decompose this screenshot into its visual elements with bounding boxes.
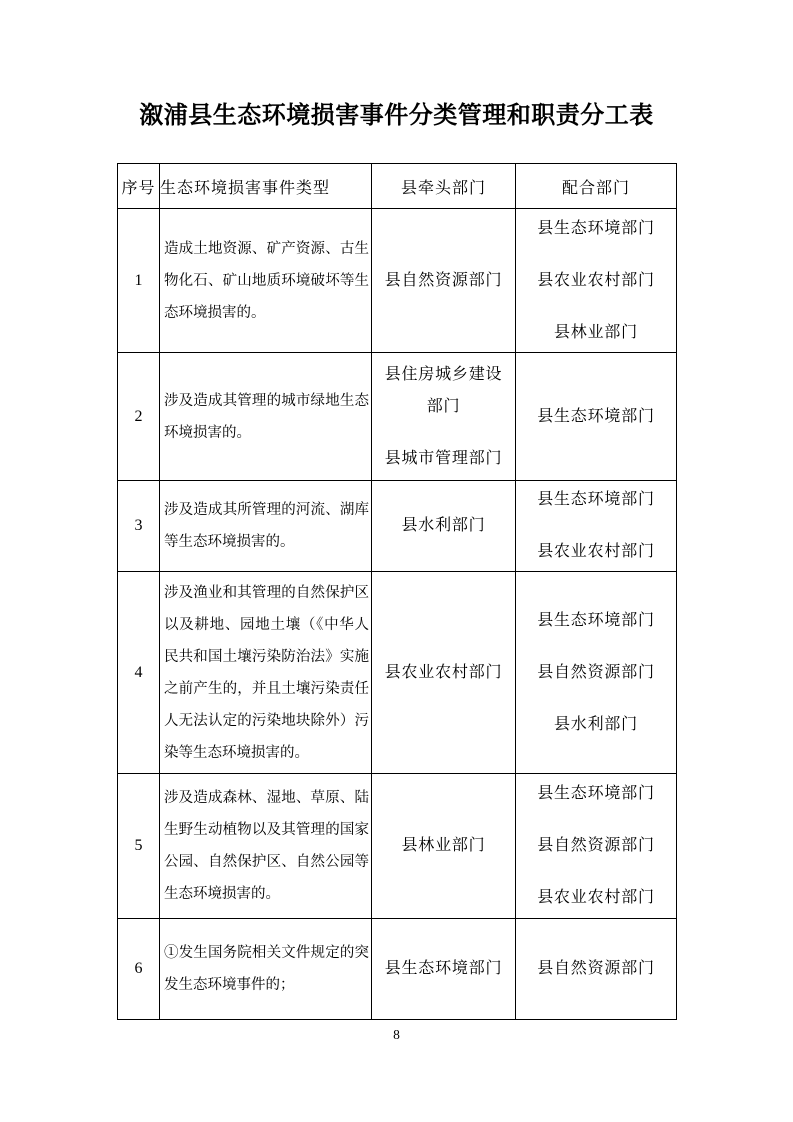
row-index-cell: 5 [118,774,160,918]
event-type-text: 涉及造成其所管理的河流、湖库等生态环境损害的。 [160,494,371,558]
row-index: 1 [135,272,143,290]
support-departments-cell: 县生态环境部门县农业农村部门县林业部门 [516,209,676,352]
support-departments-cell: 县生态环境部门县自然资源部门县水利部门 [516,572,676,773]
support-departments-cell: 县自然资源部门 [516,919,676,1019]
event-type-cell: 造成土地资源、矿产资源、古生物化石、矿山地质环境破坏等生态环境损害的。 [160,209,372,352]
support-departments-cell: 县生态环境部门县农业农村部门 [516,481,676,571]
row-index: 2 [135,408,143,426]
row-index: 5 [135,837,143,855]
department-name: 县自然资源部门 [537,953,655,985]
department-name: 县农业农村部门 [537,536,655,568]
row-index: 6 [135,960,143,978]
lead-departments-cell: 县农业农村部门 [372,572,516,773]
row-index: 3 [135,517,143,535]
document-title: 溆浦县生态环境损害事件分类管理和职责分工表 [0,99,793,132]
row-index-cell: 1 [118,209,160,352]
department-name: 县生态环境部门 [537,778,655,810]
table-row: 2 涉及造成其管理的城市绿地生态环境损害的。 县住房城乡建设 部门县城市管理部门… [118,353,676,481]
lead-departments-cell: 县住房城乡建设 部门县城市管理部门 [372,353,516,480]
lead-departments-cell: 县水利部门 [372,481,516,571]
table-row: 3 涉及造成其所管理的河流、湖库等生态环境损害的。 县水利部门 县生态环境部门县… [118,481,676,572]
department-name: 县自然资源部门 [537,657,655,689]
table-row: 6 ①发生国务院相关文件规定的突发生态环境事件的； 县生态环境部门 县自然资源部… [118,919,676,1019]
table-body: 1 造成土地资源、矿产资源、古生物化石、矿山地质环境破坏等生态环境损害的。 县自… [118,209,676,1019]
department-name: 县水利部门 [401,510,485,542]
row-index-cell: 4 [118,572,160,773]
department-name: 县城市管理部门 [385,443,503,475]
event-type-cell: 涉及渔业和其管理的自然保护区以及耕地、园地土壤（《中华人民共和国土壤污染防治法》… [160,572,372,773]
department-name: 县水利部门 [554,709,638,741]
event-type-cell: ①发生国务院相关文件规定的突发生态环境事件的； [160,919,372,1019]
lead-departments-cell: 县生态环境部门 [372,919,516,1019]
department-name: 县生态环境部门 [537,605,655,637]
department-name: 县生态环境部门 [537,401,655,433]
department-name: 县生态环境部门 [385,953,503,985]
lead-departments-cell: 县林业部门 [372,774,516,918]
row-index-cell: 6 [118,919,160,1019]
responsibility-table: 序号 生态环境损害事件类型 县牵头部门 配合部门 1 造成土地资源、矿产资源、古… [117,163,677,1020]
document-page: 溆浦县生态环境损害事件分类管理和职责分工表 序号 生态环境损害事件类型 县牵头部… [0,0,793,1122]
department-name: 县自然资源部门 [537,830,655,862]
header-support-department: 配合部门 [516,164,676,208]
event-type-cell: 涉及造成其管理的城市绿地生态环境损害的。 [160,353,372,480]
department-name: 县住房城乡建设 部门 [385,359,503,423]
event-type-text: ①发生国务院相关文件规定的突发生态环境事件的； [160,937,371,1001]
event-type-text: 涉及渔业和其管理的自然保护区以及耕地、园地土壤（《中华人民共和国土壤污染防治法》… [160,577,371,769]
row-index: 4 [135,664,143,682]
support-departments-cell: 县生态环境部门 [516,353,676,480]
support-departments-cell: 县生态环境部门县自然资源部门县农业农村部门 [516,774,676,918]
lead-departments-cell: 县自然资源部门 [372,209,516,352]
row-index-cell: 3 [118,481,160,571]
department-name: 县林业部门 [554,317,638,349]
event-type-text: 涉及造成森林、湿地、草原、陆生野生动植物以及其管理的国家公园、自然保护区、自然公… [160,782,371,910]
department-name: 县农业农村部门 [537,882,655,914]
row-index-cell: 2 [118,353,160,480]
department-name: 县生态环境部门 [537,213,655,245]
department-name: 县自然资源部门 [385,265,503,297]
event-type-cell: 涉及造成其所管理的河流、湖库等生态环境损害的。 [160,481,372,571]
event-type-cell: 涉及造成森林、湿地、草原、陆生野生动植物以及其管理的国家公园、自然保护区、自然公… [160,774,372,918]
department-name: 县林业部门 [401,830,485,862]
event-type-text: 涉及造成其管理的城市绿地生态环境损害的。 [160,385,371,449]
table-row: 1 造成土地资源、矿产资源、古生物化石、矿山地质环境破坏等生态环境损害的。 县自… [118,209,676,353]
page-number: 8 [0,1027,793,1043]
header-lead-department: 县牵头部门 [372,164,516,208]
table-header-row: 序号 生态环境损害事件类型 县牵头部门 配合部门 [118,164,676,209]
department-name: 县农业农村部门 [385,657,503,689]
header-event-type: 生态环境损害事件类型 [160,164,372,208]
department-name: 县农业农村部门 [537,265,655,297]
department-name: 县生态环境部门 [537,484,655,516]
header-index: 序号 [118,164,160,208]
event-type-text: 造成土地资源、矿产资源、古生物化石、矿山地质环境破坏等生态环境损害的。 [160,233,371,329]
table-row: 5 涉及造成森林、湿地、草原、陆生野生动植物以及其管理的国家公园、自然保护区、自… [118,774,676,919]
table-row: 4 涉及渔业和其管理的自然保护区以及耕地、园地土壤（《中华人民共和国土壤污染防治… [118,572,676,774]
